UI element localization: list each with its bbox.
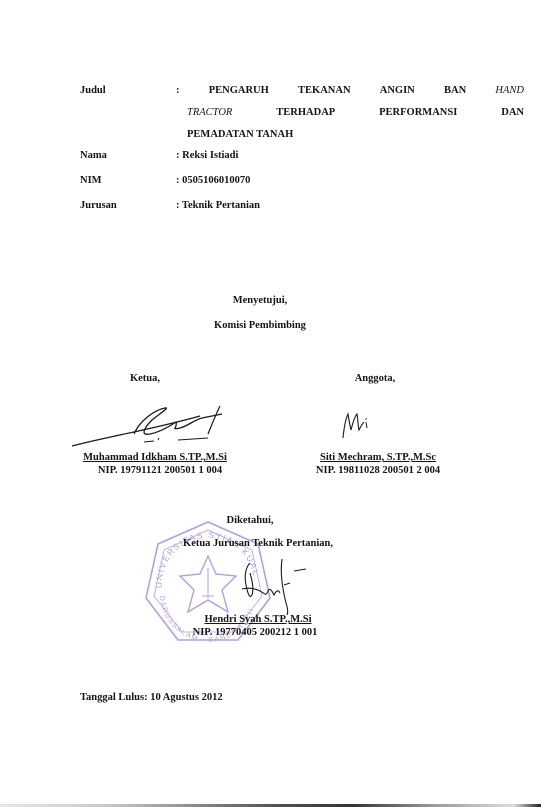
acknowledged-position: Ketua Jurusan Teknik Pertanian,: [183, 538, 333, 549]
committee-heading: Komisi Pembimbing: [214, 320, 306, 331]
anggota-nip: NIP. 19811028 200501 2 004: [316, 465, 440, 476]
judul-word: TEKANAN: [298, 85, 351, 96]
graduation-date: Tanggal Lulus: 10 Agustus 2012: [80, 692, 223, 703]
acknowledged-heading: Diketahui,: [227, 515, 274, 526]
judul-word: DAN: [501, 107, 524, 118]
judul-word: PERFORMANSI: [379, 107, 457, 118]
department-head-name: Hendri Syah S.TP.,M.Si: [205, 614, 312, 625]
judul-line-1: : PENGARUH TEKANAN ANGIN BAN HAND: [176, 85, 524, 96]
judul-word: ANGIN: [380, 85, 415, 96]
anggota-signature: [340, 410, 380, 440]
jurusan-label: Jurusan: [80, 200, 117, 211]
ketua-nip: NIP. 19791121 200501 1 004: [98, 465, 222, 476]
judul-line-2: TRACTOR TERHADAP PERFORMANSI DAN: [187, 107, 524, 118]
nama-label: Nama: [80, 150, 107, 161]
judul-line-3: PEMADATAN TANAH: [187, 129, 293, 140]
nama-value: : Reksi Istiadi: [176, 150, 238, 161]
anggota-name: Siti Mechram, S.TP.,M.Sc: [320, 452, 436, 463]
judul-label: Judul: [80, 85, 106, 96]
nim-label: NIM: [80, 175, 102, 186]
judul-word-italic: HAND: [495, 85, 524, 96]
judul-word: PENGARUH: [209, 85, 269, 96]
approval-heading: Menyetujui,: [233, 295, 288, 306]
jurusan-value: : Teknik Pertanian: [176, 200, 260, 211]
ketua-role: Ketua,: [130, 373, 160, 384]
department-head-signature: [240, 555, 310, 615]
judul-word: BAN: [444, 85, 466, 96]
judul-colon: :: [176, 85, 180, 96]
judul-word-italic: TRACTOR: [187, 107, 232, 118]
nim-value: : 0505106010070: [176, 175, 250, 186]
ketua-signature: [70, 400, 250, 450]
judul-word: TERHADAP: [276, 107, 335, 118]
ketua-name: Muhammad Idkham S.TP.,M.Si: [83, 452, 227, 463]
department-head-nip: NIP. 19770405 200212 1 001: [193, 627, 318, 638]
anggota-role: Anggota,: [355, 373, 396, 384]
